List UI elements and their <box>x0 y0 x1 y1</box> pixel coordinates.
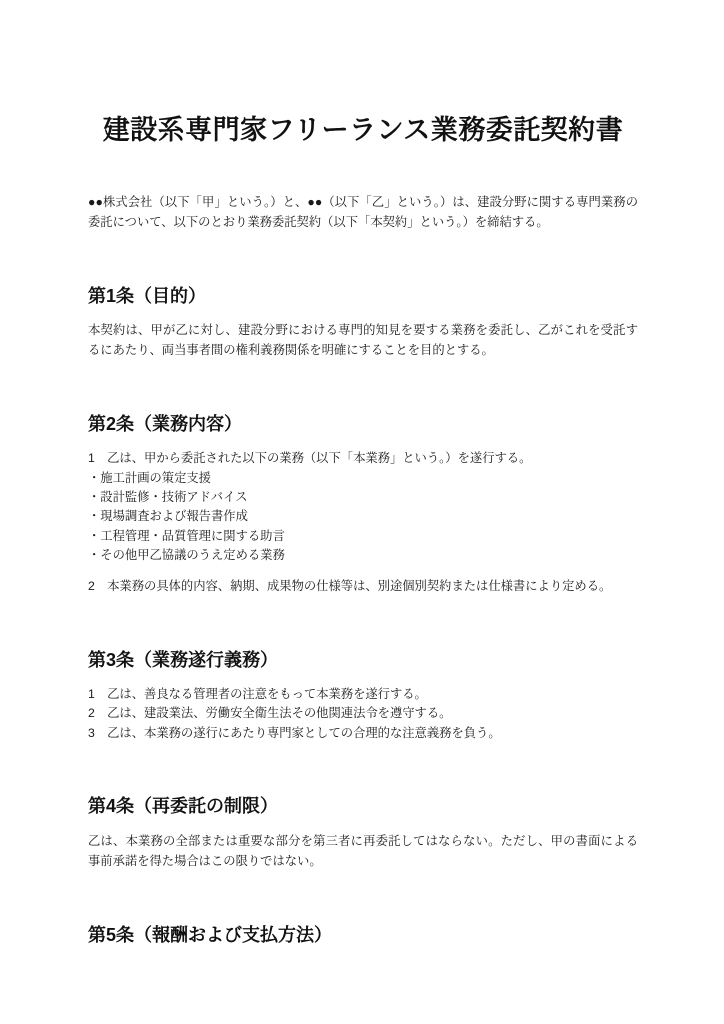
section-article-1: 第1条（目的） 本契約は、甲が乙に対し、建設分野における専門的知見を要する業務を… <box>88 285 638 361</box>
article-2-clause-1-block: 1 乙は、甲から委託された以下の業務（以下「本業務」という。）を遂行する。 ・施… <box>88 449 638 566</box>
article-3-heading: 第3条（業務遂行義務） <box>88 649 638 672</box>
section-article-4: 第4条（再委託の制限） 乙は、本業務の全部または重要な部分を第三者に再委託しては… <box>88 795 638 871</box>
article-5-heading: 第5条（報酬および支払方法） <box>88 924 638 947</box>
article-2-bullet-item: ・工程管理・品質管理に関する助言 <box>88 527 638 546</box>
article-4-body: 乙は、本業務の全部または重要な部分を第三者に再委託してはならない。ただし、甲の書… <box>88 832 638 872</box>
article-2-clause-2: 2 本業務の具体的内容、納期、成果物の仕様等は、別途個別契約または仕様書により定… <box>88 577 638 597</box>
article-2-clause-1: 1 乙は、甲から委託された以下の業務（以下「本業務」という。）を遂行する。 <box>88 449 638 468</box>
document-title: 建設系専門家フリーランス業務委託契約書 <box>88 112 638 150</box>
article-2-heading: 第2条（業務内容） <box>88 413 638 436</box>
article-2-bullet-item: ・現場調査および報告書作成 <box>88 507 638 526</box>
article-2-bullet-item: ・その他甲乙協議のうえ定める業務 <box>88 546 638 565</box>
section-article-5: 第5条（報酬および支払方法） <box>88 924 638 947</box>
section-article-2: 第2条（業務内容） 1 乙は、甲から委託された以下の業務（以下「本業務」という。… <box>88 413 638 597</box>
article-3-item: 2 乙は、建設業法、労働安全衛生法その他関連法令を遵守する。 <box>88 704 638 723</box>
article-1-heading: 第1条（目的） <box>88 285 638 308</box>
article-2-bullet-item: ・設計監修・技術アドバイス <box>88 488 638 507</box>
article-1-body: 本契約は、甲が乙に対し、建設分野における専門的知見を要する業務を委託し、乙がこれ… <box>88 321 638 361</box>
article-3-numbered-list: 1 乙は、善良なる管理者の注意をもって本業務を遂行する。 2 乙は、建設業法、労… <box>88 685 638 743</box>
article-3-item: 3 乙は、本業務の遂行にあたり専門家としての合理的な注意義務を負う。 <box>88 724 638 743</box>
section-article-3: 第3条（業務遂行義務） 1 乙は、善良なる管理者の注意をもって本業務を遂行する。… <box>88 649 638 744</box>
article-2-bullet-item: ・施工計画の策定支援 <box>88 469 638 488</box>
intro-paragraph: ●●株式会社（以下「甲」という。）と、●●（以下「乙」という。）は、建設分野に関… <box>88 193 638 233</box>
contract-document-page: 建設系専門家フリーランス業務委託契約書 ●●株式会社（以下「甲」という。）と、●… <box>0 0 724 1024</box>
article-4-heading: 第4条（再委託の制限） <box>88 795 638 818</box>
article-3-item: 1 乙は、善良なる管理者の注意をもって本業務を遂行する。 <box>88 685 638 704</box>
